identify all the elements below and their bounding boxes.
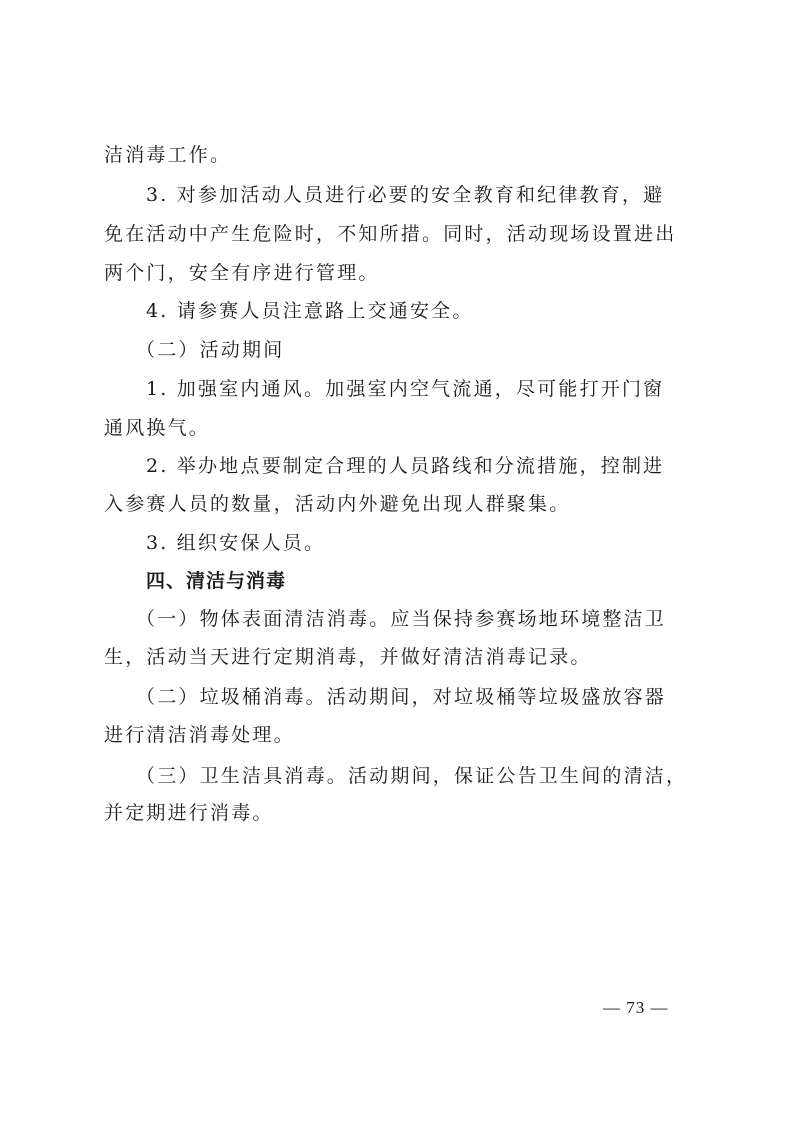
paragraph-line: 免在活动中产生危险时，不知所措。同时，活动现场设置进出: [104, 222, 694, 246]
paragraph-line: 入参赛人员的数量，活动内外避免出现人群聚集。: [104, 492, 694, 516]
paragraph-line: 3. 组织安保人员。: [146, 531, 736, 555]
paragraph-line: 并定期进行消毒。: [104, 801, 694, 825]
section-subheading: （二）活动期间: [136, 338, 726, 362]
paragraph-line: 1. 加强室内通风。加强室内空气流通，尽可能打开门窗: [146, 377, 736, 401]
paragraph-line: 两个门，安全有序进行管理。: [104, 261, 694, 285]
paragraph-line: 通风换气。: [104, 416, 694, 440]
paragraph-line: 3. 对参加活动人员进行必要的安全教育和纪律教育，避: [146, 183, 736, 207]
paragraph-line: （二）垃圾桶消毒。活动期间，对垃圾桶等垃圾盛放容器: [136, 685, 726, 709]
paragraph-line: 进行清洁消毒处理。: [104, 723, 694, 747]
paragraph-line: 洁消毒工作。: [104, 143, 694, 167]
page-number: — 73 —: [603, 998, 669, 1018]
paragraph-line: （三）卫生洁具消毒。活动期间，保证公告卫生间的清洁，: [136, 764, 726, 788]
paragraph-line: 2. 举办地点要制定合理的人员路线和分流措施，控制进: [146, 454, 736, 478]
section-heading: 四、清洁与消毒: [146, 569, 736, 593]
document-page: 洁消毒工作。 3. 对参加活动人员进行必要的安全教育和纪律教育，避 免在活动中产…: [0, 0, 794, 1122]
paragraph-line: （一）物体表面清洁消毒。应当保持参赛场地环境整洁卫: [136, 607, 726, 631]
paragraph-line: 4. 请参赛人员注意路上交通安全。: [146, 299, 736, 323]
paragraph-line: 生，活动当天进行定期消毒，并做好清洁消毒记录。: [104, 645, 694, 669]
